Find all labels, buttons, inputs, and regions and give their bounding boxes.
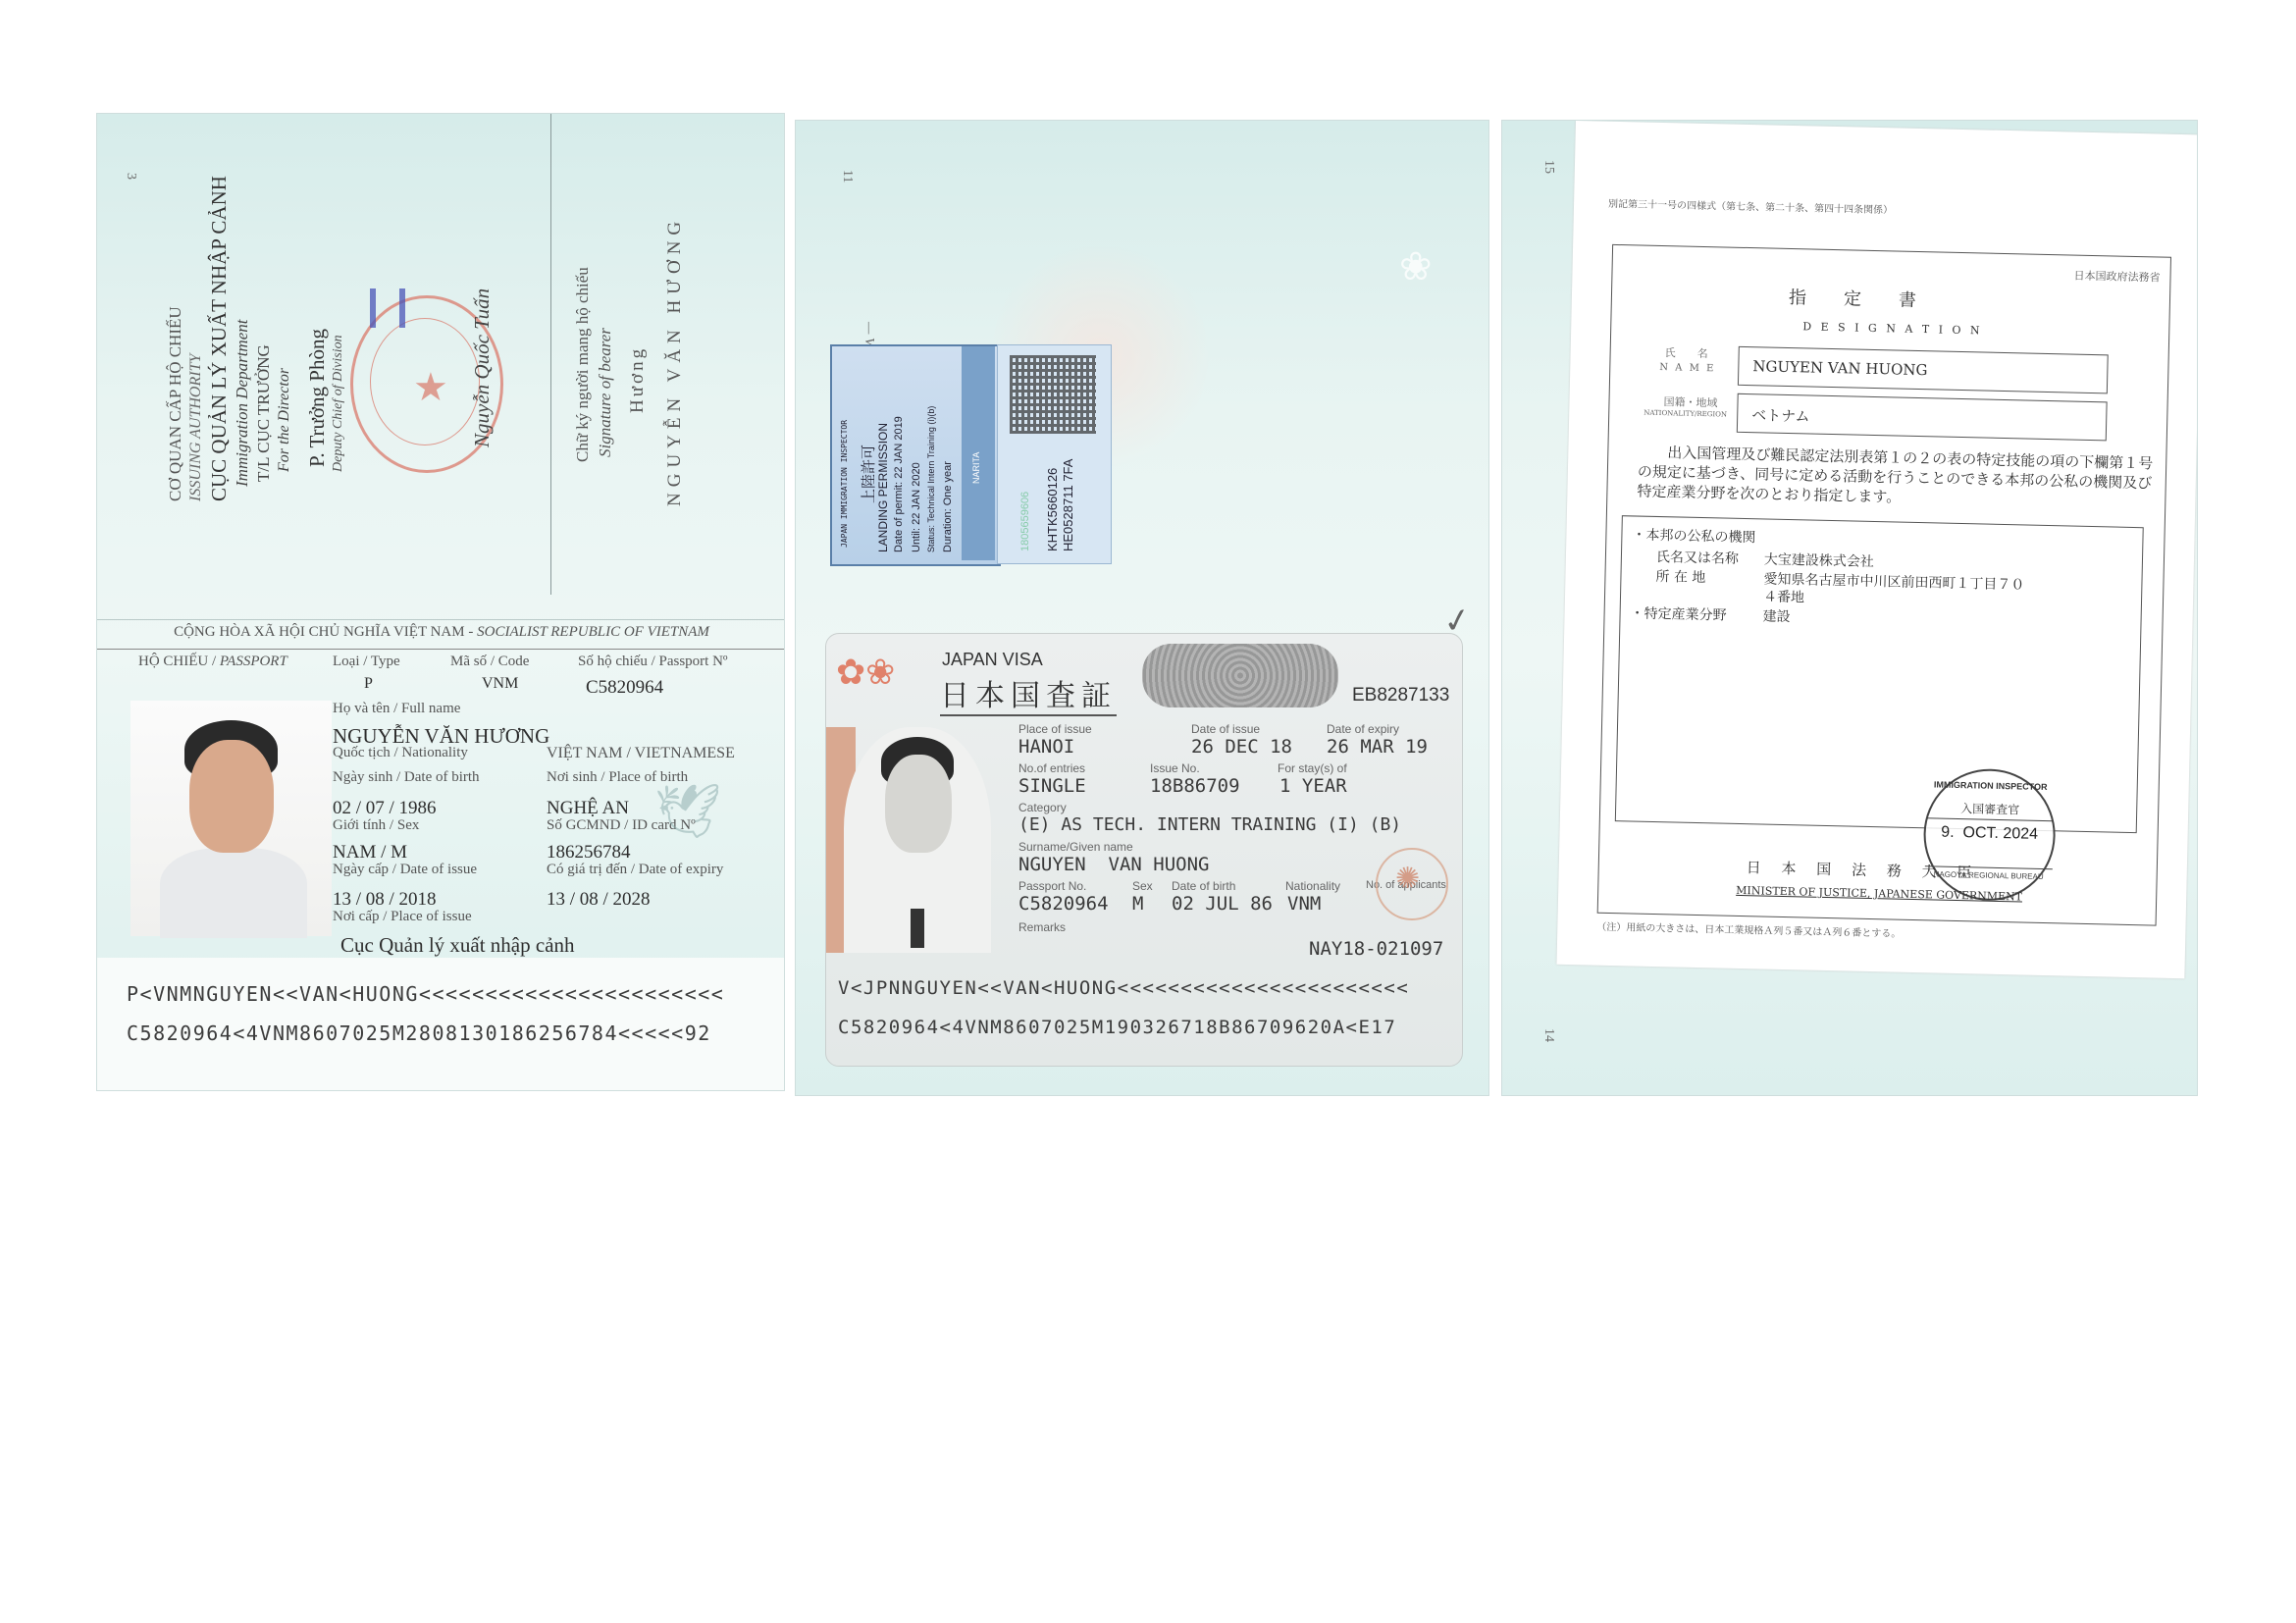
place-of-issue-value: HANOI (1018, 736, 1074, 758)
passport-photo (130, 701, 332, 936)
designation-body: 出入国管理及び難民認定法別表第１の２の表の特定技能の項の下欄第１号の規定に基づき… (1637, 443, 2158, 513)
designation-page: 15 14 別記第三十一号の四様式（第七条、第二十条、第四十四条関係） 日本国政… (1501, 120, 2198, 1096)
sticker-header: JAPAN IMMIGRATION INSPECTOR (840, 420, 849, 548)
nationality-value: ベトナム (1751, 404, 1810, 426)
date-of-expiry-label: Date of expiry (1327, 722, 1399, 736)
entries-label: No.of entries (1018, 761, 1085, 775)
sticker-code-2: HE0528711 7FA (1061, 459, 1075, 551)
name-value: NGUYEN VAN HUONG (1018, 854, 1209, 875)
sticker-qr-panel: 1805659606 KHTK5660126 HE0528711 7FA (997, 344, 1112, 564)
date-of-expiry-value: 26 MAR 19 (1327, 736, 1428, 758)
doc-label: HỘ CHIẾU / PASSPORT (138, 654, 287, 670)
type-value: P (364, 675, 373, 693)
sticker-title-jp: 上陸許可 (858, 445, 878, 503)
code-value: VNM (482, 675, 518, 693)
bearer-signature-2: Nguyễn Văn Hương (664, 216, 686, 506)
sticker-title-en: LANDING PERMISSION (876, 423, 890, 552)
name-label-jp: 氏 名 (1664, 344, 1707, 361)
issue-no-value: 18B86709 (1150, 775, 1240, 797)
page-number: 11 (839, 170, 855, 183)
nationality-field: ベトナム (1737, 393, 2108, 442)
passport-no-value: C5820964 (586, 677, 663, 699)
designation-document: 別記第三十一号の四様式（第七条、第二十条、第四十四条関係） 日本国政府法務省 指… (1556, 121, 2198, 978)
signer-title-vn: P. Trưởng Phòng (305, 329, 330, 467)
sticker-port: NARITA (971, 452, 981, 484)
sticker-status: Status: Technical Intern Training (i)(b) (926, 406, 936, 552)
bearer-signature-label-en: Signature of bearer (596, 328, 615, 457)
document-title-jp: 指 定 書 (1789, 284, 1927, 312)
seal-star-icon: ★ (413, 364, 448, 410)
embassy-seal: ✺ (1376, 848, 1448, 920)
visa-page: 11 — VISAS ❀ JAPAN IMMIGRATION INSPECTOR… (795, 120, 1489, 1096)
sticker-serial: 1805659606 (1019, 492, 1031, 551)
visa-dob-label: Date of birth (1172, 879, 1235, 893)
name-value: NGUYEN VAN HUONG (1752, 357, 1928, 379)
department-en: Immigration Department (233, 320, 252, 487)
for-director-en: For the Director (276, 368, 293, 472)
document-title-en: D E S I G N A T I O N (1802, 320, 1983, 337)
passport-no-label: Số hộ chiếu / Passport Nº (578, 654, 728, 670)
code-label: Mã số / Code (450, 654, 529, 670)
visa-passport-no-label: Passport No. (1018, 879, 1086, 893)
place-issue-value: Cục Quản lý xuất nhập cảnh (340, 933, 575, 958)
issuing-authority-en: ISSUING AUTHORITY (187, 354, 205, 501)
cloud-pattern-icon: ❀ (1399, 243, 1433, 289)
visa-title-en: JAPAN VISA (942, 650, 1043, 670)
org-name-label: 氏名又は名称 (1656, 547, 1739, 568)
header-vn: CỘNG HÒA XÃ HỘI CHỦ NGHĨA VIỆT NAM (174, 624, 465, 640)
passport-authority-section: 3 CƠ QUAN CẤP HỘ CHIẾU ISSUING AUTHORITY… (97, 114, 785, 595)
issue-no-label: Issue No. (1150, 761, 1200, 775)
visa-mrz-line-1: V<JPNNGUYEN<<VAN<HUONG<<<<<<<<<<<<<<<<<<… (838, 977, 1409, 999)
expiry-date-label: Có giá trị đến / Date of expiry (547, 862, 723, 878)
footnote: （注）用紙の大きさは、日本工業規格Ａ列５番又はＡ列６番とする。 (1596, 918, 1901, 940)
stamp-top-text: IMMIGRATION INSPECTOR (1927, 779, 2055, 792)
page-number-top: 15 (1540, 160, 1556, 174)
cherry-blossom-icon: ✿❀ (836, 652, 895, 693)
nationality-label-en: NATIONALITY/REGION (1644, 409, 1727, 419)
sex-value: NAM / M (333, 842, 407, 864)
page-number: 3 (123, 173, 138, 180)
separator (97, 649, 785, 650)
dove-watermark-icon: 🕊 (654, 781, 722, 843)
stay-label: For stay(s) of (1278, 761, 1347, 775)
sticker-duration: Duration: One year (942, 461, 954, 552)
issue-date-label: Ngày cấp / Date of issue (333, 862, 477, 878)
sticker-code-1: KHTK5660126 (1045, 468, 1060, 551)
japan-visa-sticker: ✿❀ JAPAN VISA 日本国査証 EB8287133 Place of i… (825, 633, 1463, 1067)
nationality-label: Quốc tịch / Nationality (333, 745, 468, 761)
nationality-label-jp: 国籍・地域 (1663, 393, 1717, 410)
org-heading: ・本邦の公私の機関 (1632, 524, 1755, 547)
mrz-line-1: P<VNMNGUYEN<<VAN<HUONG<<<<<<<<<<<<<<<<<<… (127, 982, 724, 1006)
visa-sex-label: Sex (1132, 879, 1153, 893)
industry-field-label: ・特定産業分野 (1630, 602, 1726, 624)
mrz-zone: P<VNMNGUYEN<<VAN<HUONG<<<<<<<<<<<<<<<<<<… (97, 958, 785, 1091)
dob-value: 02 / 07 / 1986 (333, 798, 437, 819)
remarks-label: Remarks (1018, 920, 1066, 934)
visa-mrz-line-2: C5820964<4VNM8607025M190326718B86709620A… (838, 1017, 1396, 1038)
expiry-date-value: 13 / 08 / 2028 (547, 889, 651, 911)
date-of-issue-value: 26 DEC 18 (1191, 736, 1292, 758)
ministry-corner: 日本国政府法務省 (2073, 268, 2160, 286)
visa-number: EB8287133 (1352, 685, 1449, 707)
chrysanthemum-icon: ✺ (1395, 862, 1420, 896)
visa-hologram (1142, 644, 1338, 707)
sex-label: Giới tính / Sex (333, 817, 419, 834)
visa-passport-no-value: C5820964 (1018, 893, 1109, 915)
issue-date-value: 13 / 08 / 2018 (333, 889, 437, 911)
separator (97, 619, 785, 620)
category-value: (E) AS TECH. INTERN TRAINING (I) (B) (1018, 814, 1401, 835)
signer-title-en: Deputy Chief of Division (331, 335, 346, 472)
visa-nationality-label: Nationality (1285, 879, 1340, 893)
sticker-until: Until: 22 JAN 2020 (911, 462, 922, 552)
landing-permission-sticker: JAPAN IMMIGRATION INSPECTOR 上陸許可 LANDING… (830, 344, 1001, 566)
name-label: Surname/Given name (1018, 840, 1133, 854)
type-label: Loại / Type (333, 654, 400, 670)
date-of-issue-label: Date of issue (1191, 722, 1260, 736)
org-address-label: 所 在 地 (1655, 566, 1705, 587)
pob-value: NGHỆ AN (547, 798, 629, 819)
industry-field-value: 建設 (1762, 605, 1790, 626)
category-label: Category (1018, 801, 1067, 814)
visa-sex-value: M (1132, 893, 1143, 915)
bearer-signature-1: Hương (627, 346, 649, 413)
dob-label: Ngày sinh / Date of birth (333, 769, 480, 786)
visa-title-jp: 日本国査証 (940, 671, 1117, 716)
place-issue-label: Nơi cấp / Place of issue (333, 909, 472, 925)
stay-value: 1 YEAR (1279, 775, 1347, 797)
issuing-authority-vn: CƠ QUAN CẤP HỘ CHIẾU (166, 306, 185, 501)
entries-value: SINGLE (1018, 775, 1086, 797)
mrz-line-2: C5820964<4VNM8607025M2808130186256784<<<… (127, 1021, 711, 1045)
visa-dob-value: 02 JUL 86 (1172, 893, 1273, 915)
sticker-permit-date: Date of permit: 22 JAN 2019 (893, 416, 905, 552)
remarks-value: NAY18-021097 (1309, 938, 1443, 960)
stamp-jp-text: 入国審査官 (1926, 799, 2054, 821)
divider (550, 114, 551, 595)
document-frame: 日本国政府法務省 指 定 書 D E S I G N A T I O N 氏 名… (1597, 244, 2171, 926)
full-name-label: Họ và tên / Full name (333, 701, 460, 717)
qr-code-icon (1010, 355, 1096, 434)
org-address-line-2: ４番地 (1763, 586, 1804, 606)
immigration-inspector-stamp: IMMIGRATION INSPECTOR 入国審査官 9. OCT. 2024… (1922, 767, 2057, 902)
id-value: 186256784 (547, 842, 631, 864)
visa-nationality-value: VNM (1287, 893, 1321, 915)
name-label-en: N A M E (1659, 362, 1715, 374)
signer-jp: 日 本 国 法 務 大 臣 (1747, 857, 1980, 882)
stamp-date: 9. OCT. 2024 (1925, 823, 2053, 844)
place-of-issue-label: Place of issue (1018, 722, 1092, 736)
signer-name: Nguyễn Quốc Tuấn (470, 288, 495, 447)
for-director-vn: T/L CỤC TRƯỞNG (254, 344, 274, 482)
bearer-signature-label-vn: Chữ ký người mang hộ chiếu (573, 267, 593, 462)
page-number-bottom: 14 (1540, 1028, 1556, 1042)
organization-box: ・本邦の公私の機関 氏名又は名称 大宝建設株式会社 所 在 地 愛知県名古屋市中… (1615, 515, 2144, 833)
blue-signature-mark (370, 288, 405, 328)
nationality-value: VIỆT NAM / VIETNAMESE (547, 745, 735, 762)
visa-photo (844, 727, 991, 953)
passport-header: CỘNG HÒA XÃ HỘI CHỦ NGHĨA VIỆT NAM - SOC… (97, 624, 785, 641)
header-en: SOCIALIST REPUBLIC OF VIETNAM (477, 624, 709, 640)
org-name-value: 大宝建設株式会社 (1764, 549, 1874, 571)
passport-data-page: 3 CƠ QUAN CẤP HỘ CHIẾU ISSUING AUTHORITY… (96, 113, 785, 1091)
department-vn: CỤC QUẢN LÝ XUẤT NHẬP CẢNH (207, 176, 232, 501)
name-field: NGUYEN VAN HUONG (1738, 346, 2109, 394)
form-reference: 別記第三十一号の四様式（第七条、第二十条、第四十四条関係） (1608, 195, 1893, 217)
